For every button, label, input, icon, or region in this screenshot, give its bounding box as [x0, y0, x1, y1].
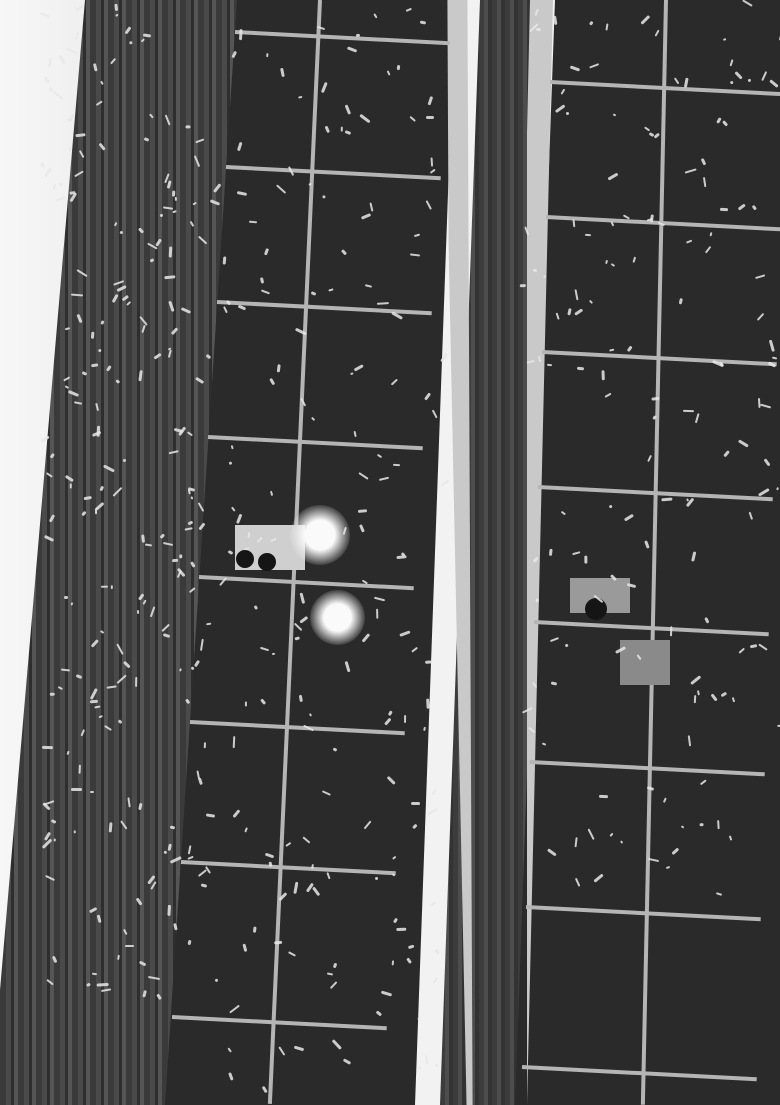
- confetti-strip: [602, 370, 605, 381]
- confetti-strip: [56, 197, 66, 202]
- confetti-strip: [577, 366, 584, 370]
- person-body: [620, 640, 670, 685]
- confetti-strip: [58, 55, 66, 65]
- confetti-strip: [125, 945, 134, 947]
- confetti-strip: [53, 839, 55, 842]
- confetti-strip: [186, 124, 191, 128]
- confetti-strip: [548, 548, 552, 556]
- confetti-strip: [172, 191, 175, 197]
- confetti-strip: [431, 902, 436, 907]
- photo-scene: [0, 0, 780, 1105]
- confetti-strip: [418, 1067, 421, 1070]
- confetti-strip: [137, 610, 139, 614]
- confetti-strip: [101, 586, 108, 588]
- confetti-strip: [64, 595, 68, 599]
- confetti-strip: [425, 661, 432, 664]
- confetti-strip: [90, 791, 94, 793]
- confetti-strip: [58, 182, 62, 186]
- confetti-strip: [274, 941, 282, 945]
- person-head: [236, 550, 254, 568]
- confetti-strip: [426, 116, 434, 119]
- confetti-strip: [427, 808, 438, 815]
- confetti-strip: [66, 47, 77, 53]
- confetti-strip: [53, 184, 56, 190]
- confetti-strip: [605, 259, 607, 263]
- confetti-strip: [164, 275, 176, 279]
- confetti-strip: [75, 32, 80, 40]
- confetti-strip: [340, 126, 342, 131]
- person-head: [258, 553, 276, 571]
- confetti-strip: [53, 90, 63, 99]
- confetti-strip: [425, 1056, 428, 1065]
- confetti-strip: [175, 197, 177, 201]
- confetti-strip: [652, 396, 660, 400]
- confetti-strip: [434, 1064, 439, 1069]
- confetti-strip: [116, 954, 119, 959]
- confetti-strip: [585, 234, 591, 236]
- confetti-strip: [78, 765, 81, 774]
- confetti-strip: [433, 977, 439, 984]
- confetti-strip: [44, 167, 52, 177]
- confetti-strip: [430, 157, 433, 166]
- confetti-burst: [290, 505, 350, 565]
- confetti-strip: [91, 363, 99, 367]
- building-facade: [0, 0, 780, 1105]
- confetti-strip: [432, 789, 438, 796]
- confetti-strip: [141, 535, 145, 543]
- confetti-strip: [411, 801, 420, 805]
- confetti-strip: [44, 76, 51, 83]
- confetti-strip: [71, 788, 82, 791]
- person-head: [585, 598, 607, 620]
- confetti-strip: [777, 725, 780, 727]
- confetti-strip: [75, 5, 84, 12]
- confetti-strip: [248, 532, 250, 538]
- confetti-strip: [167, 905, 170, 916]
- confetti-strip: [179, 554, 182, 558]
- confetti-strip: [440, 480, 449, 487]
- confetti-strip: [69, 483, 71, 488]
- confetti-strip: [232, 736, 235, 748]
- confetti-strip: [48, 57, 52, 67]
- confetti-strip: [115, 4, 118, 11]
- confetti-strip: [203, 742, 205, 748]
- confetti-strip: [535, 598, 539, 603]
- confetti-strip: [404, 714, 406, 722]
- confetti-strip: [697, 690, 700, 695]
- confetti-strip: [40, 162, 45, 167]
- confetti-strip: [122, 458, 126, 462]
- confetti-strip: [40, 12, 50, 18]
- confetti-strip: [599, 794, 608, 797]
- confetti-strip: [669, 626, 672, 636]
- confetti-strip: [396, 928, 406, 931]
- confetti-strip: [73, 830, 75, 834]
- confetti-strip: [50, 693, 55, 696]
- confetti-strip: [758, 398, 761, 408]
- confetti-strip: [97, 426, 100, 437]
- confetti-burst: [310, 590, 365, 645]
- confetti-strip: [168, 246, 172, 257]
- confetti-strip: [584, 556, 587, 564]
- confetti-strip: [68, 114, 75, 121]
- confetti-strip: [322, 195, 326, 199]
- confetti-strip: [69, 147, 71, 152]
- confetti-strip: [433, 949, 439, 955]
- confetti-strip: [171, 558, 177, 561]
